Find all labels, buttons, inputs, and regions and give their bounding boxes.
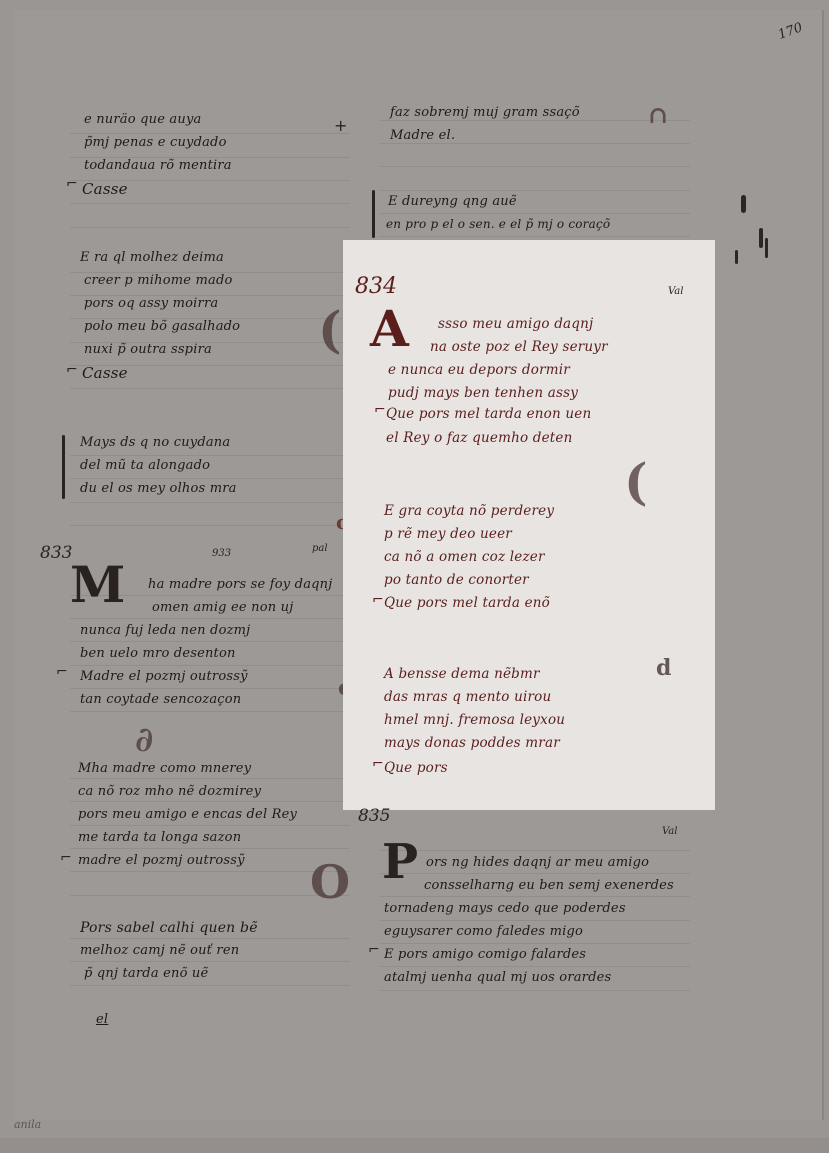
verse-line: madre el pozmj outrossỹ bbox=[78, 853, 245, 868]
verse-line: atalmj uenha qual mj uos orardes bbox=[384, 970, 611, 985]
verse-line: nuxi p̃ outra sspira bbox=[84, 342, 212, 357]
verse-line: melhoz camj nẽ ouť ren bbox=[80, 943, 239, 958]
verse-line: pors oq assy moirra bbox=[84, 296, 218, 311]
verse-line: ors ng hides daqnj ar meu amigo bbox=[426, 855, 649, 870]
verse-line: pors meu amigo e encas del Rey bbox=[78, 807, 297, 822]
verse-line: du el os mey olhos mra bbox=[80, 481, 237, 496]
cross-mark-icon: + bbox=[334, 116, 347, 135]
paragraph-mark-icon: ⌐ bbox=[368, 942, 380, 958]
verse-line: tan coytade sencozaçon bbox=[80, 692, 241, 707]
paragraph-mark-icon: ⌐ bbox=[66, 176, 78, 192]
decorated-initial: P bbox=[382, 838, 418, 886]
verse-line: del mũ ta alongado bbox=[80, 458, 210, 473]
verse-line: tornadeng mays cedo que poderdes bbox=[384, 901, 626, 916]
ghost-initial-decoration: ∩ bbox=[648, 100, 668, 129]
verse-line: omen amig ee non uj bbox=[152, 600, 293, 615]
ghost-initial-decoration: ( bbox=[318, 300, 342, 359]
verse-line: me tarda ta longa sazon bbox=[78, 830, 241, 845]
verse-line: faz sobremj muj gram ssaçõ bbox=[390, 105, 580, 120]
verse-line: en pro p el o sen. e el p̃ mj o coraçõ bbox=[386, 217, 610, 231]
verse-line: ca nõ roz mho nẽ dozmirey bbox=[78, 784, 261, 799]
paragraph-mark-icon: ⌐ bbox=[372, 756, 384, 772]
verse-line: Madre el pozmj outrossỹ bbox=[80, 669, 248, 684]
ink-blot bbox=[735, 250, 738, 264]
paragraph-mark-icon: ⌐ bbox=[60, 850, 72, 866]
verse-line: ssso meu amigo daqnj bbox=[438, 316, 593, 332]
refrain-line: el Rey o faz quemho deten bbox=[386, 430, 573, 446]
verse-line: Madre el. bbox=[390, 128, 455, 143]
refrain-line: Que pors bbox=[384, 760, 448, 776]
verse-line: ca nõ a omen coz lezer bbox=[384, 549, 545, 565]
verse-line: p̃ qnj tarda enõ uẽ bbox=[84, 966, 208, 981]
refrain-line: Que pors mel tarda enon uen bbox=[386, 406, 591, 422]
verse-line: Mays ds q no cuydana bbox=[80, 435, 230, 450]
verse-line: ha madre pors se foy daqnj bbox=[148, 577, 332, 592]
paragraph-mark-icon: ⌐ bbox=[374, 402, 386, 418]
verse-line: consselharng eu ben semj exenerdes bbox=[424, 878, 674, 893]
marginal-annotation: Val bbox=[668, 286, 683, 297]
ghost-initial-decoration: ∂ bbox=[135, 720, 153, 760]
verse-line: A bensse dema nẽbmr bbox=[384, 666, 540, 682]
verse-line: e nuräo que auya bbox=[84, 112, 201, 127]
verse-line: nunca fuj leda nen dozmj bbox=[80, 623, 250, 638]
paragraph-mark-icon: ⌐ bbox=[66, 362, 78, 378]
refrain-line: Que pors mel tarda enõ bbox=[384, 595, 550, 611]
verse-line: eguysarer como faledes migo bbox=[384, 924, 583, 939]
verse-line: na oste poz el Rey seruyr bbox=[430, 339, 608, 355]
verse-line: pudj mays ben tenhen assy bbox=[388, 385, 578, 401]
marginal-annotation: Val bbox=[662, 826, 677, 837]
verse-line: E gra coyta nõ perderey bbox=[384, 503, 554, 519]
ghost-initial-decoration: O bbox=[310, 855, 350, 909]
refrain-line: Casse bbox=[82, 364, 128, 382]
poem-number: 834 bbox=[355, 274, 397, 299]
paragraph-mark-icon: ⌐ bbox=[372, 592, 384, 608]
poem-number: 835 bbox=[358, 806, 390, 826]
marginal-annotation: pal bbox=[312, 543, 328, 554]
verse-line: p rẽ mey deo ueer bbox=[384, 526, 512, 542]
verse-line: E ra ql molhez deima bbox=[80, 250, 224, 265]
verse-line: todandaua rõ mentira bbox=[84, 158, 232, 173]
verse-line: Pors sabel calhi quen bẽ bbox=[80, 920, 258, 936]
verse-line: po tanto de conorter bbox=[384, 572, 529, 588]
verse-line: polo meu bõ gasalhado bbox=[84, 319, 240, 334]
verse-line: p̃mj penas e cuydado bbox=[84, 135, 227, 150]
ink-blot bbox=[741, 195, 746, 213]
refrain-line: Casse bbox=[82, 180, 128, 198]
ink-blot bbox=[765, 238, 768, 258]
marginal-note: anila bbox=[14, 1118, 41, 1131]
verse-line: mays donas poddes mrar bbox=[384, 735, 560, 751]
verse-line: creer p mihome mado bbox=[84, 273, 233, 288]
verse-line: das mras q mento uirou bbox=[384, 689, 551, 705]
verse-line: hmel mnj. fremosa leyxou bbox=[384, 712, 565, 728]
ghost-initial-decoration: ( bbox=[624, 452, 648, 511]
verse-line: E dureyng qng auẽ bbox=[388, 194, 517, 209]
page-bottom-edge bbox=[0, 1138, 829, 1153]
verse-line: e nunca eu depors dormir bbox=[388, 362, 570, 378]
verse-line: Mha madre como mnerey bbox=[78, 761, 251, 776]
catchword: el bbox=[96, 1012, 108, 1027]
ghost-initial-decoration: d bbox=[656, 655, 671, 681]
manuscript-page: 170 e nuräo que auya p̃mj penas e cuydad… bbox=[0, 0, 829, 1153]
marginal-annotation: 933 bbox=[212, 548, 231, 559]
paragraph-mark-icon: ⌐ bbox=[56, 664, 68, 680]
bracket-mark bbox=[62, 435, 65, 499]
bracket-mark bbox=[372, 190, 375, 238]
verse-line: E pors amigo comigo falardes bbox=[384, 947, 586, 962]
decorated-initial: A bbox=[370, 304, 409, 354]
decorated-initial: M bbox=[70, 560, 125, 610]
ink-blot bbox=[759, 228, 763, 248]
poem-number: 833 bbox=[40, 543, 72, 563]
verse-line: ben uelo mro desenton bbox=[80, 646, 236, 661]
